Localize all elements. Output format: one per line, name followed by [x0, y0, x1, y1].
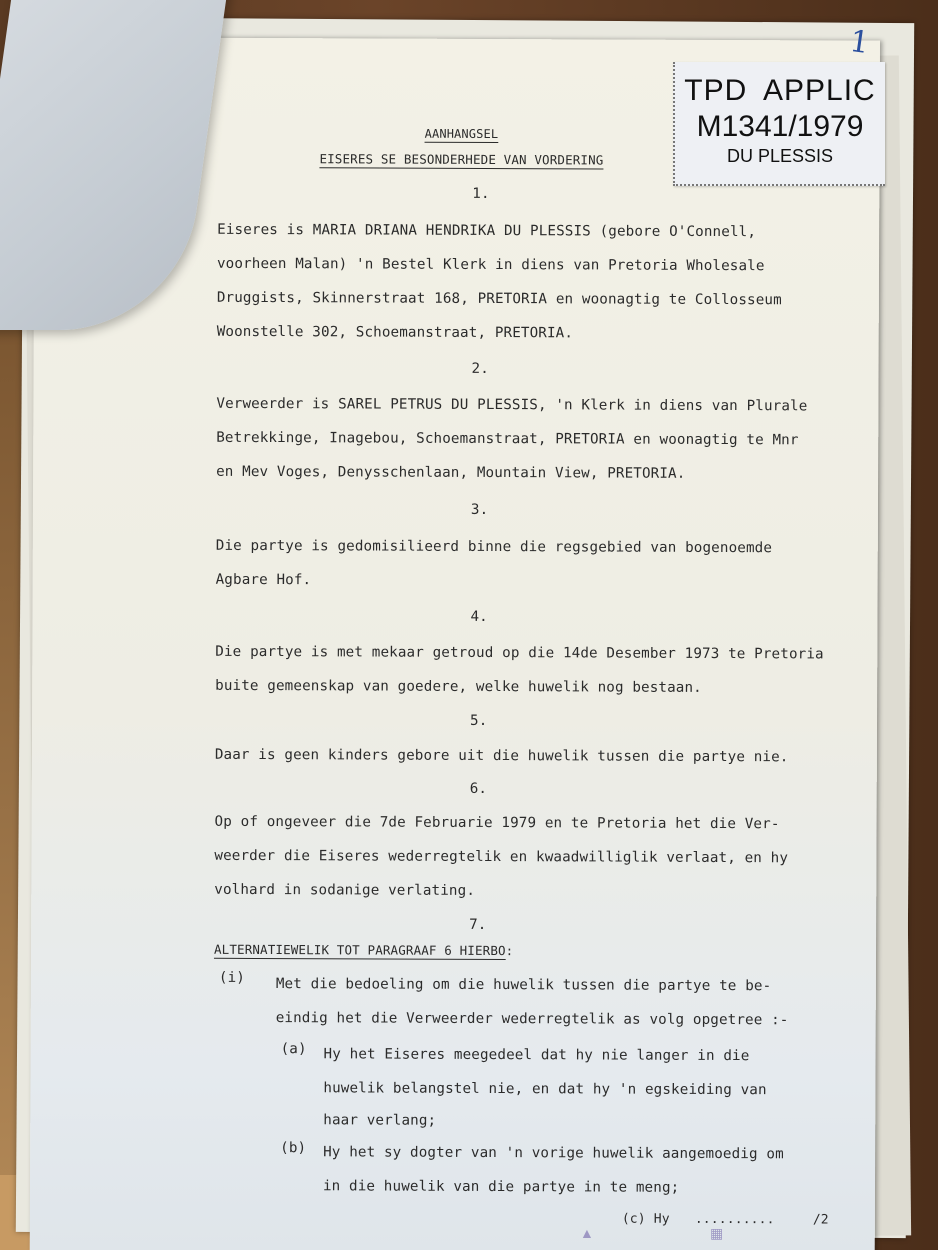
paragraph-line: buite gemeenskap van goedere, welke huwe…: [215, 678, 702, 696]
next-page-marker: /2: [813, 1212, 829, 1227]
subitem-line: huwelik belangstel nie, en dat hy 'n egs…: [323, 1080, 766, 1098]
paragraph-line: Die partye is met mekaar getroud op die …: [215, 644, 823, 663]
continuation-catchword: (c) Hy: [622, 1212, 670, 1227]
subitem-line: Hy het sy dogter van 'n vorige huwelik a…: [323, 1144, 784, 1162]
paragraph-number: 4.: [470, 609, 487, 625]
paragraph-line: Eiseres is MARIA DRIANA HENDRIKA DU PLES…: [217, 222, 756, 240]
stamp-mark-icon: ▦: [710, 1225, 723, 1242]
document-title: AANHANGSEL: [425, 127, 499, 141]
item-line: Met die bedoeling om die huwelik tussen …: [276, 976, 771, 994]
paragraph-line: Daar is geen kinders gebore uit die huwe…: [215, 747, 789, 766]
alternative-heading: ALTERNATIEWELIK TOT PARAGRAAF 6 HIERBO:: [214, 942, 513, 958]
subitem-marker: (b): [280, 1140, 306, 1156]
alternative-heading-text: ALTERNATIEWELIK TOT PARAGRAAF 6 HIERBO: [214, 942, 506, 958]
file-label-court: TPD APPLIC: [675, 74, 885, 108]
paragraph-line: en Mev Voges, Denysschenlaan, Mountain V…: [216, 464, 685, 482]
paragraph-number: 1.: [472, 186, 489, 202]
paragraph-line: Betrekkinge, Inagebou, Schoemanstraat, P…: [216, 430, 798, 449]
paragraph-number: 5.: [470, 713, 487, 729]
paragraph-line: volhard in sodanige verlating.: [214, 882, 475, 899]
file-label-case-number: M1341/1979: [675, 110, 885, 144]
alternative-heading-colon: :: [506, 943, 514, 958]
file-label-sticker: TPD APPLIC M1341/1979 DU PLESSIS: [673, 62, 885, 186]
paragraph-line: Druggists, Skinnerstraat 168, PRETORIA e…: [217, 290, 782, 308]
paragraph-line: Die partye is gedomisilieerd binne die r…: [216, 538, 772, 556]
item-line: eindig het die Verweerder wederregtelik …: [276, 1010, 789, 1028]
paragraph-number: 7.: [469, 917, 486, 933]
subitem-marker: (a): [281, 1041, 307, 1057]
subitem-line: Hy het Eiseres meegedeel dat hy nie lang…: [324, 1046, 750, 1064]
paragraph-line: weerder die Eiseres wederregtelik en kwa…: [214, 848, 788, 867]
paragraph-number: 3.: [471, 502, 488, 518]
document-subtitle: EISERES SE BESONDERHEDE VAN VORDERING: [319, 151, 603, 167]
paragraph-number: 2.: [472, 361, 489, 377]
file-label-surname: DU PLESSIS: [675, 146, 885, 167]
item-marker: (i): [219, 970, 245, 986]
continuation-leader: ..........: [695, 1212, 775, 1227]
subitem-line: haar verlang;: [323, 1112, 436, 1128]
paragraph-line: voorheen Malan) 'n Bestel Klerk in diens…: [217, 256, 765, 274]
paragraph-line: Verweerder is SAREL PETRUS DU PLESSIS, '…: [216, 396, 807, 415]
paragraph-number: 6.: [470, 781, 487, 797]
paragraph-line: Woonstelle 302, Schoemanstraat, PRETORIA…: [217, 324, 573, 342]
subitem-line: in die huwelik van die partye in te meng…: [323, 1178, 679, 1196]
paragraph-line: Agbare Hof.: [216, 572, 312, 588]
stamp-mark-icon: ▲: [580, 1225, 594, 1241]
paragraph-line: Op of ongeveer die 7de Februarie 1979 en…: [215, 814, 780, 832]
